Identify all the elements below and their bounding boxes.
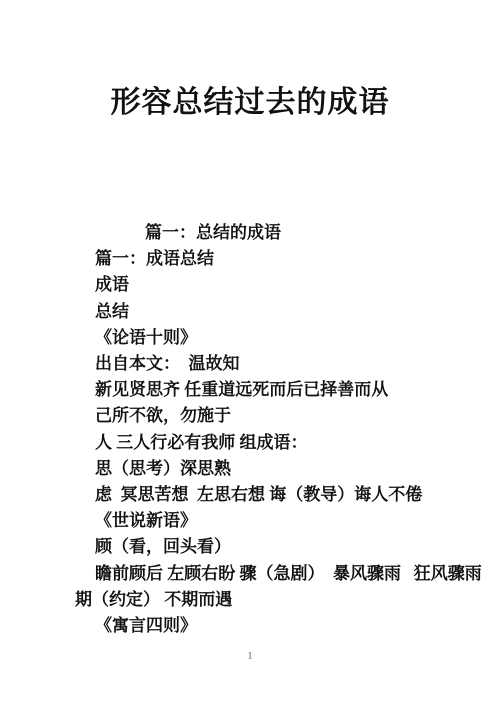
document-title: 形容总结过去的成语 bbox=[0, 83, 500, 123]
book-title-line: 《世说新语》 bbox=[0, 508, 500, 534]
section-heading: 篇一：总结的成语 bbox=[0, 220, 500, 246]
text-line: 出自本文： 温故知 bbox=[0, 351, 500, 377]
text-line: 总结 bbox=[0, 299, 500, 325]
book-title-line: 《论语十则》 bbox=[0, 325, 500, 351]
book-title-line: 《寓言四则》 bbox=[0, 613, 500, 639]
text-line: 虑 冥思苦想 左思右想 诲（教导）诲人不倦 bbox=[0, 482, 500, 508]
text-line: 人 三人行必有我师 组成语： bbox=[0, 430, 500, 456]
text-line: 瞻前顾后 左顾右盼 骤（急剧） 暴风骤雨 狂风骤雨 bbox=[0, 561, 500, 587]
text-line: 篇一：成语总结 bbox=[0, 246, 500, 272]
page-number: 1 bbox=[0, 650, 500, 662]
document-page: 形容总结过去的成语 篇一：总结的成语 篇一：成语总结 成语 总结 《论语十则》 … bbox=[0, 0, 500, 707]
text-line: 己所不欲，勿施于 bbox=[0, 403, 500, 429]
document-body: 篇一：总结的成语 篇一：成语总结 成语 总结 《论语十则》 出自本文： 温故知 … bbox=[0, 220, 500, 639]
text-line: 顾（看，回头看） bbox=[0, 534, 500, 560]
text-line: 思（思考）深思熟 bbox=[0, 456, 500, 482]
text-line: 新见贤思齐 任重道远死而后已择善而从 bbox=[0, 377, 500, 403]
text-line: 期（约定） 不期而遇 bbox=[0, 587, 500, 613]
text-line: 成语 bbox=[0, 272, 500, 298]
